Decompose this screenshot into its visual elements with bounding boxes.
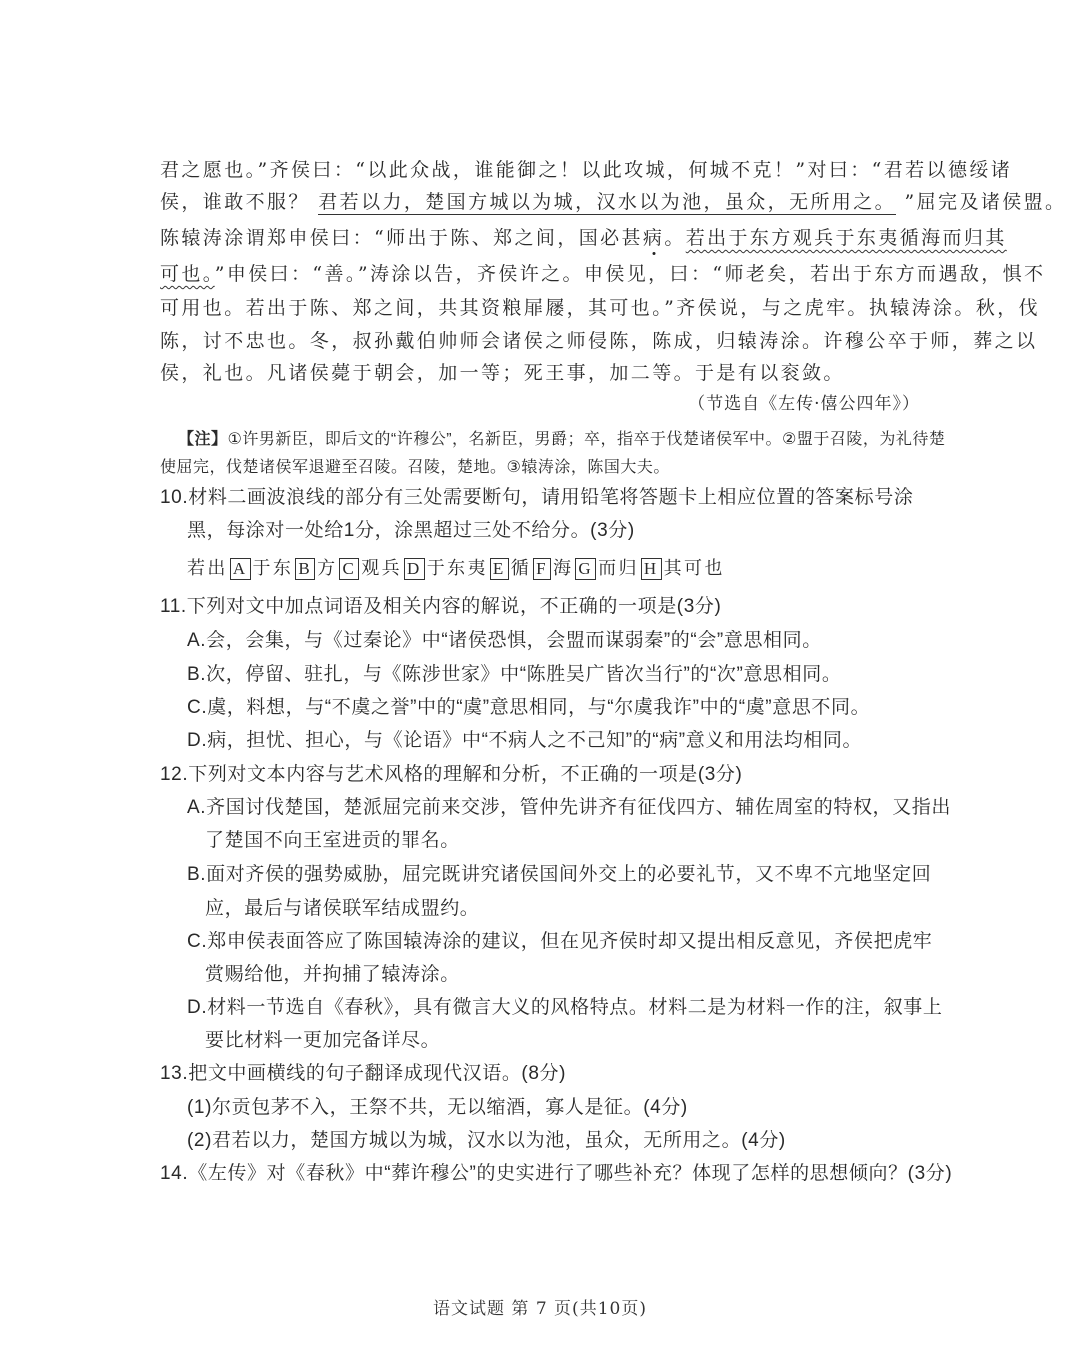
passage-line-1: 君之愿也。”齐侯曰：“以此众战，谁能御之！以此攻城，何城不克！”对曰：“君若以德… bbox=[160, 154, 920, 186]
passage-text: 陈辕涛涂谓郑申侯曰：“师出于陈、郑之间，国必甚 bbox=[160, 227, 643, 249]
q12-option-a-cont: 了楚国不向王室进贡的罪名。 bbox=[205, 825, 965, 857]
exam-page: 君之愿也。”齐侯曰：“以此众战，谁能御之！以此攻城，何城不克！”对曰：“君若以德… bbox=[0, 0, 1080, 1363]
segment-text: 其可也 bbox=[664, 558, 725, 579]
q13-stem: 13.把文中画横线的句子翻译成现代汉语。(8分) bbox=[160, 1058, 920, 1090]
q13-item-1: (1)尔贡包茅不入，王祭不共，无以缩酒，寡人是征。(4分) bbox=[187, 1092, 947, 1124]
q12-option-d[interactable]: D.材料一节选自《春秋》，具有微言大义的风格特点。材料二是为材料一作的注，叙事上 bbox=[187, 992, 947, 1024]
note-line-2: 使屈完，伐楚诸侯军退避至召陵。召陵，楚地。③辕涛涂，陈国大夫。 bbox=[160, 452, 920, 484]
q12-stem: 12.下列对文本内容与艺术风格的理解和分析，不正确的一项是(3分) bbox=[160, 759, 920, 791]
underlined-sentence: 君若以力，楚国方城以为城，汉水以为池，虽众，无所用之。 bbox=[318, 191, 896, 215]
q10-break-options: 若出A于东B方C观兵D于东夷E循F海G而归H其可也 bbox=[187, 553, 947, 585]
wavy-underlined-text-cont: 可也。 bbox=[160, 263, 215, 285]
passage-text: 。 bbox=[664, 227, 685, 249]
break-option-d[interactable]: D bbox=[404, 558, 425, 580]
q11-option-d[interactable]: D.病，担忧、担心，与《论语》中“不病人之不己知”的“病”意义和用法均相同。 bbox=[187, 725, 947, 757]
segment-text: 而归 bbox=[598, 558, 639, 579]
q12-option-c[interactable]: C.郑申侯表面答应了陈国辕涛涂的建议，但在见齐侯时却又提出相反意见，齐侯把虎牢 bbox=[187, 926, 947, 958]
break-option-c[interactable]: C bbox=[339, 558, 359, 580]
passage-line-4: 可也。”申侯曰：“善。”涛涂以告，齐侯许之。申侯见，曰：“师老矣，若出于东方而遇… bbox=[160, 258, 920, 290]
segment-text: 观兵 bbox=[361, 558, 402, 579]
segment-text: 于东夷 bbox=[427, 558, 488, 579]
segment-text: 循 bbox=[511, 558, 531, 579]
q14-stem: 14.《左传》对《春秋》中“葬许穆公”的史实进行了哪些补充？体现了怎样的思想倾向… bbox=[160, 1158, 920, 1190]
dotted-word-bing: 病 bbox=[643, 227, 664, 249]
segment-text: 于东 bbox=[253, 558, 294, 579]
q12-option-c-cont: 赏赐给他，并拘捕了辕涛涂。 bbox=[205, 959, 965, 991]
break-option-b[interactable]: B bbox=[295, 558, 315, 580]
segment-text: 海 bbox=[553, 558, 573, 579]
note-text: ①许男新臣，即后文的“许穆公”，名新臣，男爵；卒，指卒于伐楚诸侯军中。②盟于召陵… bbox=[228, 431, 946, 448]
segment-text: 若出 bbox=[187, 558, 228, 579]
page-footer: 语文试题 第 7 页(共10页) bbox=[0, 1294, 1080, 1319]
passage-line-7: 侯，礼也。凡诸侯薨于朝会，加一等；死王事，加二等。于是有以衮敛。 bbox=[160, 357, 920, 389]
passage-line-5: 可用也。若出于陈、郑之间，共其资粮屝屦，其可也。”齐侯说，与之虎牢。执辕涛涂。秋… bbox=[160, 292, 920, 324]
break-option-e[interactable]: E bbox=[490, 558, 509, 580]
q10-stem-line-1: 10.材料二画波浪线的部分有三处需要断句，请用铅笔将答题卡上相应位置的答案标号涂 bbox=[160, 482, 920, 514]
passage-text: ”申侯曰：“善。”涛涂以告，齐侯许之。申侯见，曰：“师老矣，若出于东方而遇敌，惧… bbox=[215, 263, 1046, 285]
passage-text: ”屈完及诸侯盟。 bbox=[905, 191, 1067, 213]
passage-line-2: 侯，谁敢不服？ 君若以力，楚国方城以为城，汉水以为池，虽众，无所用之。 ”屈完及… bbox=[160, 186, 920, 218]
passage-line-3: 陈辕涛涂谓郑申侯曰：“师出于陈、郑之间，国必甚病。若出于东方观兵于东夷循海而归其 bbox=[160, 222, 920, 254]
passage-text: 侯，谁敢不服？ bbox=[160, 191, 310, 213]
q12-option-b-cont: 应，最后与诸侯联军结成盟约。 bbox=[205, 893, 965, 925]
segment-text: 方 bbox=[317, 558, 337, 579]
q12-option-b[interactable]: B.面对齐侯的强势威胁，屈完既讲究诸侯国间外交上的必要礼节，又不卑不亢地坚定回 bbox=[187, 859, 947, 891]
q11-option-a[interactable]: A.会，会集，与《过秦论》中“诸侯恐惧，会盟而谋弱秦”的“会”意思相同。 bbox=[187, 625, 947, 657]
break-option-g[interactable]: G bbox=[575, 558, 596, 580]
break-option-h[interactable]: H bbox=[641, 558, 662, 580]
break-option-f[interactable]: F bbox=[533, 558, 551, 580]
q11-stem: 11.下列对文中加点词语及相关内容的解说，不正确的一项是(3分) bbox=[160, 591, 920, 623]
break-option-a[interactable]: A bbox=[230, 558, 251, 580]
wavy-underlined-text: 若出于东方观兵于东夷循海而归其 bbox=[686, 227, 1007, 249]
q11-option-c[interactable]: C.虞，料想，与“不虞之誉”中的“虞”意思相同，与“尔虞我诈”中的“虞”意思不同… bbox=[187, 692, 947, 724]
q12-option-d-cont: 要比材料一更加完备详尽。 bbox=[205, 1025, 965, 1057]
q10-stem-line-2: 黑，每涂对一处给1分，涂黑超过三处不给分。(3分) bbox=[187, 515, 947, 547]
q11-option-b[interactable]: B.次，停留、驻扎，与《陈涉世家》中“陈胜吴广皆次当行”的“次”意思相同。 bbox=[187, 659, 947, 691]
passage-line-6: 陈，讨不忠也。冬，叔孙戴伯帅师会诸侯之师侵陈，陈成，归辕涛涂。许穆公卒于师，葬之… bbox=[160, 325, 920, 357]
q12-option-a[interactable]: A.齐国讨伐楚国，楚派屈完前来交涉，管仲先讲齐有征伐四方、辅佐周室的特权，又指出 bbox=[187, 792, 947, 824]
note-label: 【注】 bbox=[178, 431, 228, 448]
q13-item-2: (2)君若以力，楚国方城以为城，汉水以为池，虽众，无所用之。(4分) bbox=[187, 1125, 947, 1157]
passage-source: （节选自《左传·僖公四年》） bbox=[688, 390, 920, 418]
